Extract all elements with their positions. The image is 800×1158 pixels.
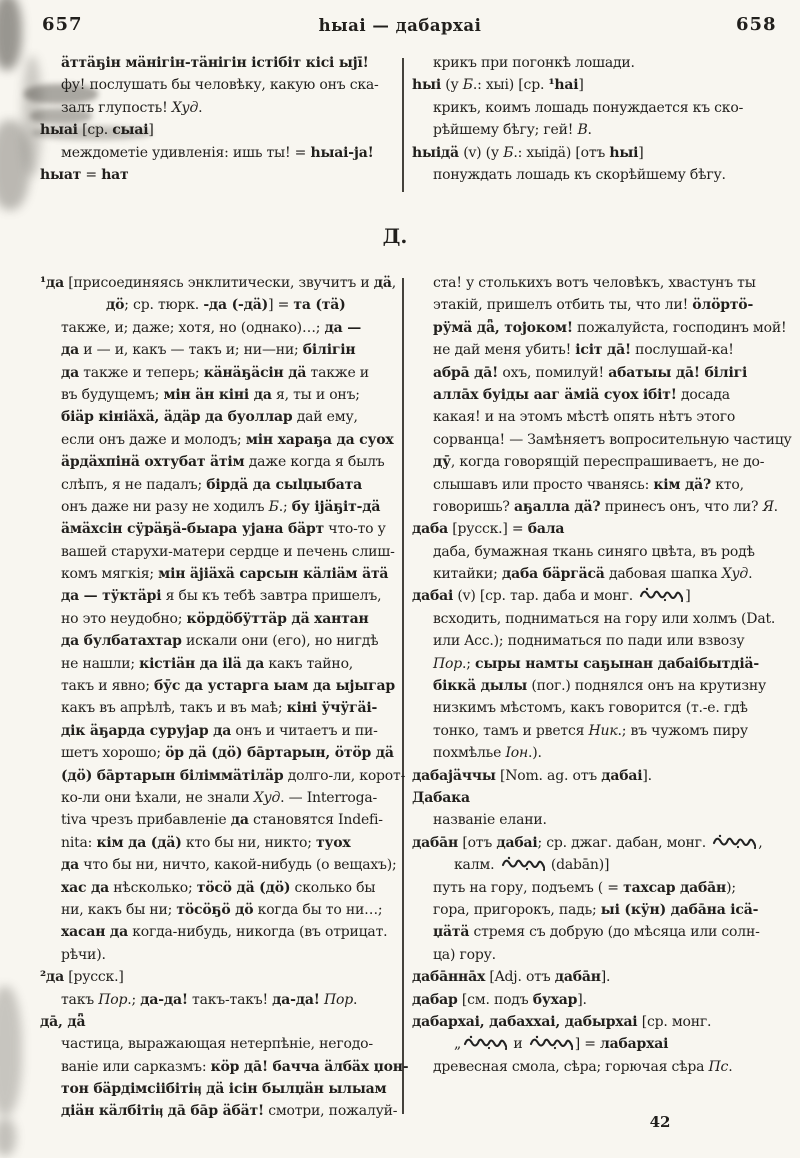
definition-line: nita: кім да (дä) кто бы ни, никто; туох <box>40 832 398 854</box>
entry-headword-line: hыiдä (v) (у Б.: хыiдä) [отъ hыi] <box>412 142 780 164</box>
definition-line: китайки; даба бäргäсä дабовая шапка Худ. <box>412 563 780 585</box>
definition-line: не нашли; кістіäн да ilä да какъ тайно, <box>40 653 398 675</box>
definition-line: такъ и явно; бӯс да устарга ыам да ыjыга… <box>40 675 398 697</box>
mongolian-script-glyph <box>639 587 683 602</box>
main-right-column: ста! у столькихъ вотъ человѣкъ, хвастунъ… <box>412 272 780 1078</box>
definition-line: тон бäрдімсіiбітіӊ дä ісін былџäн ылыам <box>40 1078 398 1100</box>
definition-line: ца) гору. <box>412 944 780 966</box>
definition-line: какъ въ апрѣлѣ, такъ и въ маѣ; кіні ӱчӱг… <box>40 697 398 719</box>
page-number-right: 658 <box>736 14 777 35</box>
definition-line: да булбатахтар искали они (его), но нигд… <box>40 630 398 652</box>
definition-line: дӯ, когда говорящій переспрашиваетъ, не … <box>412 451 780 473</box>
entry-continuation-line: дӧ; ср. тюрк. -да (-дä)] = та (тä) <box>40 294 398 316</box>
definition-line: не дай меня убить! ісіт дā! послушай-ка! <box>412 339 780 361</box>
signature-number: 42 <box>640 1113 680 1131</box>
definition-line: вашей старухи-матери сердце и печень сли… <box>40 541 398 563</box>
definition-line: въ будущемъ; мін äн кіні да я, ты и онъ; <box>40 384 398 406</box>
definition-line: діäн кäлбітіӊ дā бāр äбäт! смотри, пожал… <box>40 1100 398 1122</box>
definition-line: хасан да когда-нибудь, никогда (въ отриц… <box>40 921 398 943</box>
definition-line: да что бы ни, ничто, какой-нибудь (о вещ… <box>40 854 398 876</box>
entry-continuation-line: калм. (dabān)] <box>412 854 780 876</box>
definition-line: какая! и на этомъ мѣстѣ опять нѣтъ этого <box>412 406 780 428</box>
entry-continuation-line: „ и ] = лабархаi <box>412 1033 780 1055</box>
definition-line: (дӧ) бāртарын біліммäтілäр долго-ли, кор… <box>40 765 398 787</box>
definition-line: этакій, пришелъ отбить ты, что ли! ӧлӧрт… <box>412 294 780 316</box>
entry-headword-line: Дабака <box>412 787 780 809</box>
entry-headword-line: дабаi (v) [ср. тар. даба и монг. ] <box>412 585 780 607</box>
column-divider <box>402 58 404 192</box>
definition-line: или Acc.); подниматься по пади или взвоз… <box>412 630 780 652</box>
entry-headword-line: hыат = hат <box>40 164 398 186</box>
mongolian-script-glyph <box>463 1035 507 1050</box>
scan-smudge <box>0 0 22 70</box>
definition-line: ста! у столькихъ вотъ человѣкъ, хвастунъ… <box>412 272 780 294</box>
top-right-column: крикъ при погонкѣ лошади.hыi (у Б.: хыi)… <box>412 52 780 186</box>
definition-line: біккä дылы (пог.) поднялся онъ на крутиз… <box>412 675 780 697</box>
definition-line: крикъ, коимъ лошадь понуждается къ ско- <box>412 97 780 119</box>
entry-headword-line: дабархаi, дабаххаi, дабырхаi [ср. монг. <box>412 1011 780 1033</box>
definition-line: äмäхсін сӱрäҕä-быара уjана бäрт что-то у <box>40 518 398 540</box>
running-title: hыаi — дабархаi <box>0 16 800 35</box>
entry-headword-line: дабāннāх [Adj. отъ дабāн]. <box>412 966 780 988</box>
definition-line: если онъ даже и молодъ; мін хараҕа да су… <box>40 429 398 451</box>
top-left-column: äттäҕін мäнігін-тäнігін істібіт кісі ыjī… <box>40 52 398 186</box>
entry-headword-line: дабаjäччы [Nom. ag. отъ дабаi]. <box>412 765 780 787</box>
entry-headword-line: дабāн [отъ дабаi; ср. джаг. дабан, монг.… <box>412 832 780 854</box>
entry-headword-line: hыi (у Б.: хыi) [ср. ¹hai] <box>412 74 780 96</box>
definition-line: крикъ при погонкѣ лошади. <box>412 52 780 74</box>
definition-line: похмѣлье Іон.). <box>412 742 780 764</box>
definition-line: низкимъ мѣстомъ, какъ говорится (т.-е. г… <box>412 697 780 719</box>
scan-smudge <box>0 120 30 210</box>
definition-line: понуждать лошадь къ скорѣйшему бѣгу. <box>412 164 780 186</box>
definition-line: tiva чрезъ прибавленіе да становятся Ind… <box>40 809 398 831</box>
definition-line: такъ Пор.; да-да! такъ-такъ! да-да! Пор. <box>40 989 398 1011</box>
main-left-column: ¹да [присоединяясь энклитически, звучитъ… <box>40 272 398 1123</box>
definition-line: путь на гору, подъемъ ( = тахсар дабāн); <box>412 877 780 899</box>
definition-line: рѣчи). <box>40 944 398 966</box>
section-letter: Д. <box>0 224 790 248</box>
definition-line: комъ мягкія; мін äjіäхä сарсын кäліäм äт… <box>40 563 398 585</box>
definition-line: ко-ли они ѣхали, не знали Худ. — Interro… <box>40 787 398 809</box>
entry-headword-line: ¹да [присоединяясь энклитически, звучитъ… <box>40 272 398 294</box>
definition-line: фу! послушать бы человѣку, какую онъ ска… <box>40 74 398 96</box>
definition-line: онъ даже ни разу не ходилъ Б.; бу іjäҕіт… <box>40 496 398 518</box>
definition-line: џäтä стремя съ добрую (до мѣсяца или сол… <box>412 921 780 943</box>
definition-line: äрдäхпінä охтубат äтім даже когда я былъ <box>40 451 398 473</box>
definition-line: ни, какъ бы ни; тӧсӧҕӧ дӧ когда бы то ни… <box>40 899 398 921</box>
scan-smudge <box>22 56 42 176</box>
mongolian-script-glyph <box>529 1035 573 1050</box>
definition-line: аллāх буiды ааг äміä суох ібіт! досада <box>412 384 780 406</box>
definition-line: да — тӱктäрі я бы къ тебѣ завтра пришелъ… <box>40 585 398 607</box>
definition-line: рѣйшему бѣгу; гей! В. <box>412 119 780 141</box>
definition-line: частица, выражающая нетерпѣніе, негодо- <box>40 1033 398 1055</box>
definition-line: ваніе или сарказмъ: кӧр дā! бачча äлбäх … <box>40 1056 398 1078</box>
mongolian-script-glyph <box>712 834 756 849</box>
scan-smudge <box>0 986 22 1116</box>
definition-line: Пор.; сыры намты саҕынан дабаiбытдіä- <box>412 653 780 675</box>
definition-line: хас да нѣсколько; тӧсӧ дä (дӧ) сколько б… <box>40 877 398 899</box>
definition-line: слышавъ или просто чванясь: кім дä? кто, <box>412 474 780 496</box>
entry-headword-line: даба [русск.] = бала <box>412 518 780 540</box>
definition-line: междометіе удивленія: ишь ты! = hыаi-ja! <box>40 142 398 164</box>
definition-line: äттäҕін мäнігін-тäнігін істібіт кісі ыjī… <box>40 52 398 74</box>
dictionary-page: 657 hыаi — дабархаi 658 äттäҕін мäнігін-… <box>0 0 800 1158</box>
definition-line: да также и теперь; кäнäҕäсін дä также и <box>40 362 398 384</box>
definition-line: абрā дā! охъ, помилуй! абатыы дā! білігі <box>412 362 780 384</box>
definition-line: шетъ хорошо; ӧр дä (дӧ) бāртарын, ӧтӧр д… <box>40 742 398 764</box>
definition-line: рӱмä дǟ, тоjоком! пожалуйста, господинъ … <box>412 317 780 339</box>
definition-line: слѣпъ, я не падалъ; бірдä да сыlџыбата <box>40 474 398 496</box>
definition-line: говоришь? аҕалла дä? принесъ онъ, что ли… <box>412 496 780 518</box>
definition-line: названіе елани. <box>412 809 780 831</box>
definition-line: также, и; даже; хотя, но (однако)…; да — <box>40 317 398 339</box>
definition-line: тонко, тамъ и рвется Ник.; въ чужомъ пир… <box>412 720 780 742</box>
definition-line: гора, пригорокъ, падь; ыi (кӱн) дабāна і… <box>412 899 780 921</box>
mongolian-script-glyph <box>501 856 545 871</box>
entry-headword-line: дабар [см. подъ бухар]. <box>412 989 780 1011</box>
entry-headword-line: дā, дǟ <box>40 1011 398 1033</box>
entry-headword-line: hыаi [ср. сыаi] <box>40 119 398 141</box>
definition-line: дік äҕарда суруjар да онъ и читаетъ и пи… <box>40 720 398 742</box>
definition-line: сорванца! — Замѣняетъ вопросительную час… <box>412 429 780 451</box>
entry-headword-line: ²да [русск.] <box>40 966 398 988</box>
definition-line: но это неудобно; кӧрдӧбӱттäр дä хантан <box>40 608 398 630</box>
column-divider <box>402 278 404 1114</box>
definition-line: залъ глупость! Худ. <box>40 97 398 119</box>
definition-line: біäр кініäхä, äдäр да буоллар дай ему, <box>40 406 398 428</box>
scan-smudge <box>0 1118 16 1156</box>
definition-line: да и — и, какъ — такъ и; ни—ни; білігін <box>40 339 398 361</box>
definition-line: всходить, подниматься на гору или холмъ … <box>412 608 780 630</box>
definition-line: древесная смола, сѣра; горючая сѣра Пс. <box>412 1056 780 1078</box>
definition-line: даба, бумажная ткань синяго цвѣта, въ ро… <box>412 541 780 563</box>
